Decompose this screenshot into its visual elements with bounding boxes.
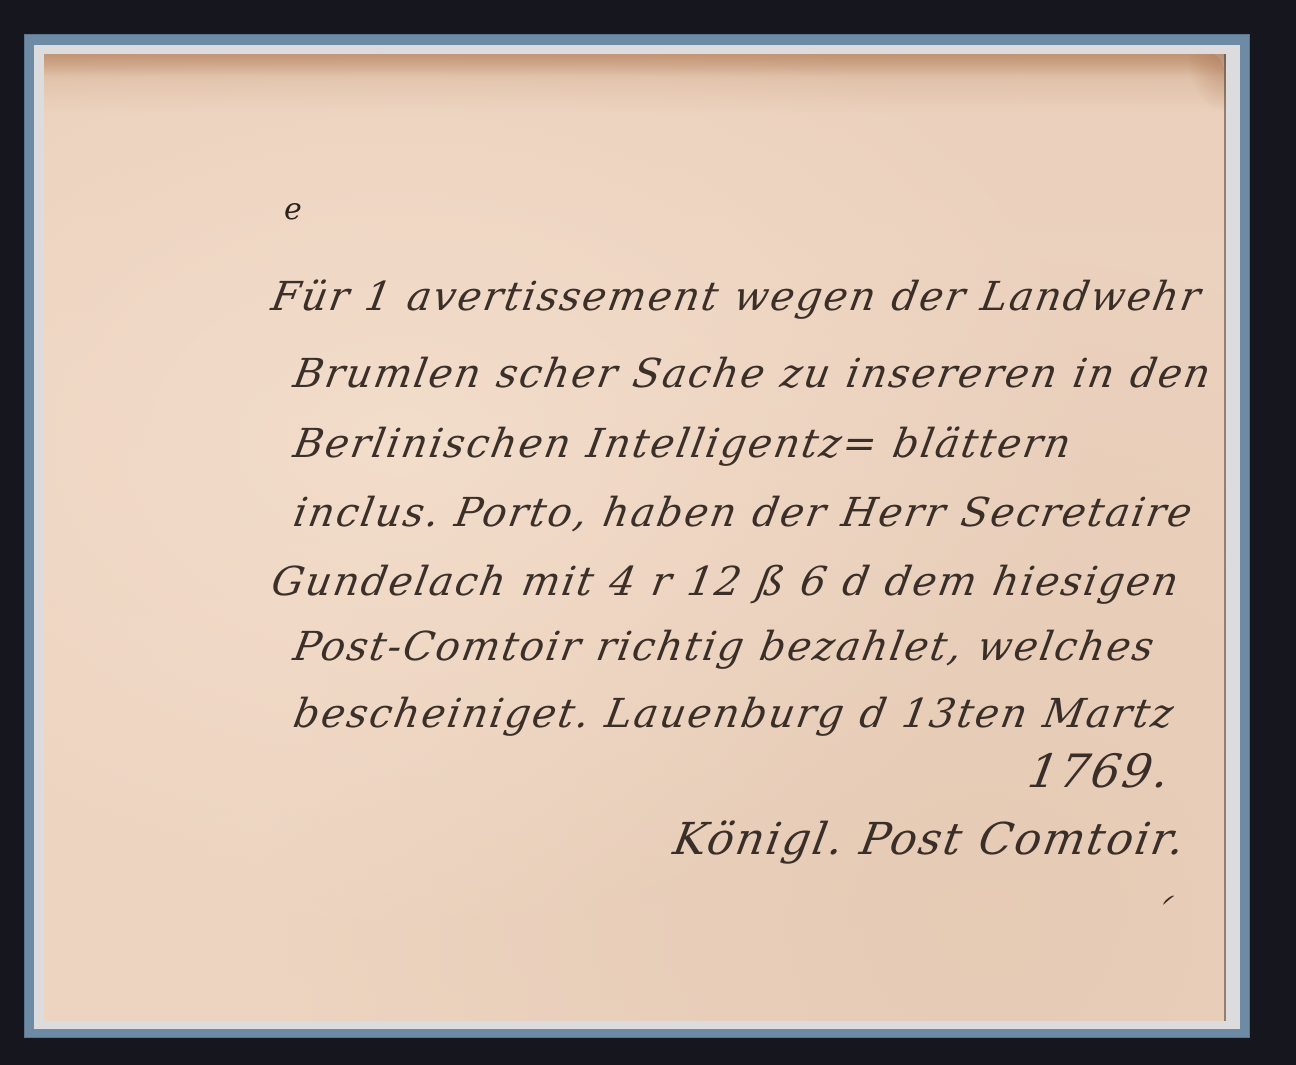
handwritten-text: e Für 1 avertissement wegen der Landwehr…: [44, 54, 1226, 1021]
text-line-5: Gundelach mit 4 r 12 ß 6 d dem hiesigen: [268, 559, 1184, 605]
text-line-2: Brumlen scher Sache zu insereren in den: [290, 351, 1216, 397]
blue-mat-border: e Für 1 avertissement wegen der Landwehr…: [24, 34, 1250, 1038]
text-line-6: Post-Comtoir richtig bezahlet, welches: [290, 624, 1159, 670]
inner-mat: e Für 1 avertissement wegen der Landwehr…: [34, 45, 1240, 1029]
text-line-7: bescheiniget. Lauenburg d 13ten Martz: [290, 691, 1179, 737]
superscript-mark: e: [284, 192, 302, 227]
year-line: 1769.: [1024, 744, 1175, 798]
framed-document-scene: e Für 1 avertissement wegen der Landwehr…: [0, 0, 1296, 1065]
signature-line: Königl. Post Comtoir.: [670, 814, 1191, 865]
aged-paper-sheet: e Für 1 avertissement wegen der Landwehr…: [44, 54, 1226, 1021]
text-line-3: Berlinischen Intelligentz= blättern: [290, 421, 1076, 467]
text-line-4: inclus. Porto, haben der Herr Secretaire: [290, 490, 1197, 536]
text-line-1: Für 1 avertissement wegen der Landwehr: [268, 274, 1206, 320]
ink-stroke-mark: [1162, 894, 1176, 907]
